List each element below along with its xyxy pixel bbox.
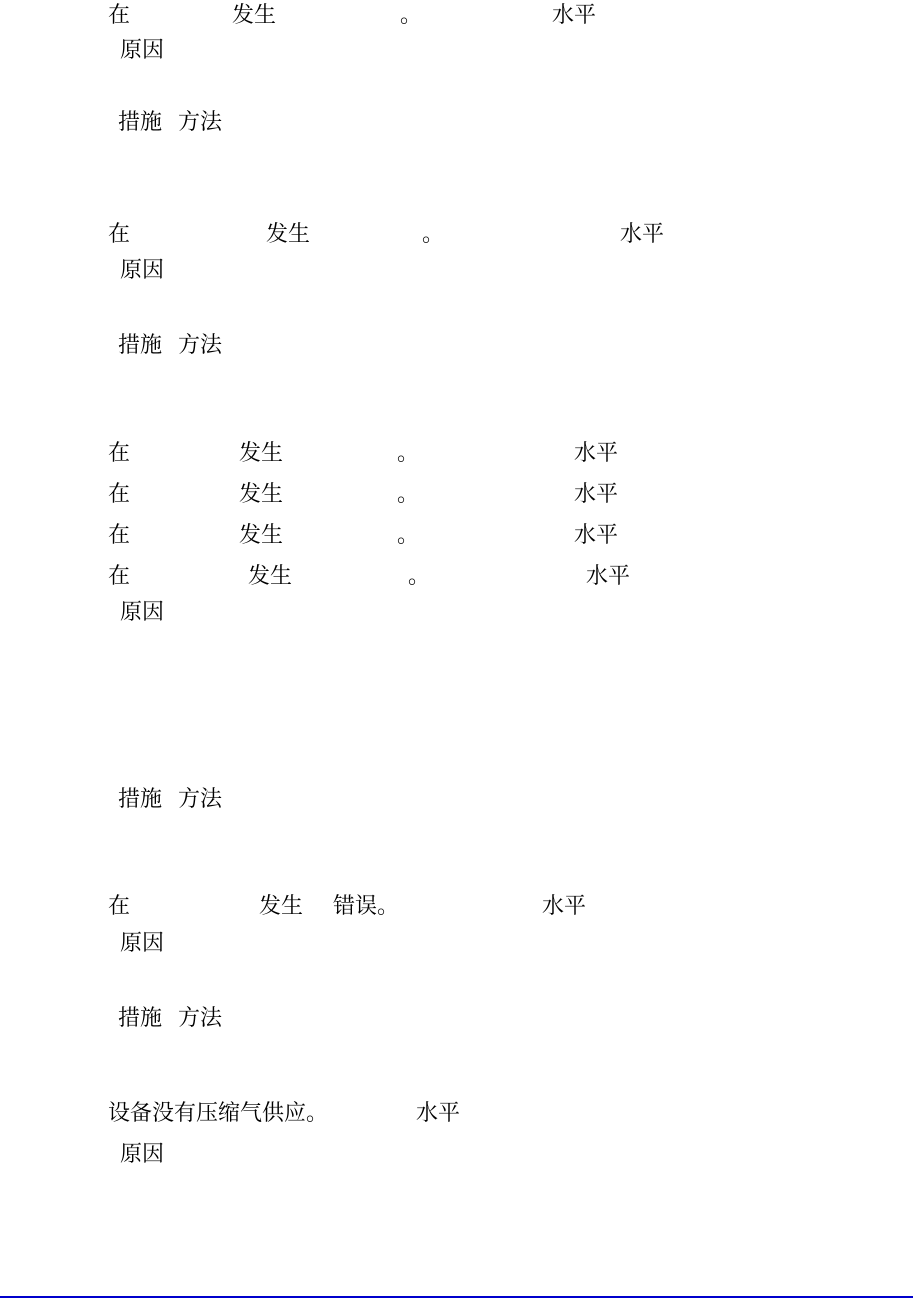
fault-sentence: 设备没有压缩气供应。 xyxy=(108,1101,328,1124)
fault-prefix: 在 xyxy=(108,564,130,587)
fault-level-label: 水平 xyxy=(574,523,618,546)
method-label: 方法 xyxy=(178,333,222,356)
fault-level-label: 水平 xyxy=(552,3,596,26)
fault-period: 。 xyxy=(400,3,422,26)
measures-label: 措施 xyxy=(118,1006,162,1029)
cause-label: 原因 xyxy=(120,931,164,954)
method-label: 方法 xyxy=(178,110,222,133)
fault-level-label: 水平 xyxy=(542,894,586,917)
measures-label: 措施 xyxy=(118,787,162,810)
footer-rule xyxy=(0,1296,913,1298)
fault-prefix: 在 xyxy=(108,3,130,26)
document-page: 在 发生 。 水平 原因 措施 方法 在 发生 。 水平 原因 措施 方法 在 … xyxy=(0,0,913,1300)
measures-label: 措施 xyxy=(118,333,162,356)
fault-prefix: 在 xyxy=(108,523,130,546)
fault-period: 。 xyxy=(397,523,419,546)
fault-period: 。 xyxy=(422,222,444,245)
fault-verb: 发生 xyxy=(239,482,283,505)
fault-verb: 发生 xyxy=(248,564,292,587)
cause-label: 原因 xyxy=(120,258,164,281)
cause-label: 原因 xyxy=(120,38,164,61)
fault-verb: 发生 xyxy=(259,894,303,917)
fault-level-label: 水平 xyxy=(620,222,664,245)
fault-prefix: 在 xyxy=(108,482,130,505)
fault-period: 。 xyxy=(397,482,419,505)
fault-verb: 发生 xyxy=(266,222,310,245)
fault-level-label: 水平 xyxy=(574,441,618,464)
measures-label: 措施 xyxy=(118,110,162,133)
cause-label: 原因 xyxy=(120,1142,164,1165)
fault-verb: 发生 xyxy=(232,3,276,26)
fault-level-label: 水平 xyxy=(574,482,618,505)
cause-label: 原因 xyxy=(120,600,164,623)
fault-prefix: 在 xyxy=(108,222,130,245)
fault-verb: 发生 xyxy=(239,441,283,464)
fault-prefix: 在 xyxy=(108,894,130,917)
method-label: 方法 xyxy=(178,787,222,810)
method-label: 方法 xyxy=(178,1006,222,1029)
fault-error-text: 错误。 xyxy=(333,894,399,917)
fault-level-label: 水平 xyxy=(586,564,630,587)
fault-period: 。 xyxy=(408,564,430,587)
fault-level-label: 水平 xyxy=(416,1101,460,1124)
fault-verb: 发生 xyxy=(239,523,283,546)
fault-prefix: 在 xyxy=(108,441,130,464)
fault-period: 。 xyxy=(397,441,419,464)
